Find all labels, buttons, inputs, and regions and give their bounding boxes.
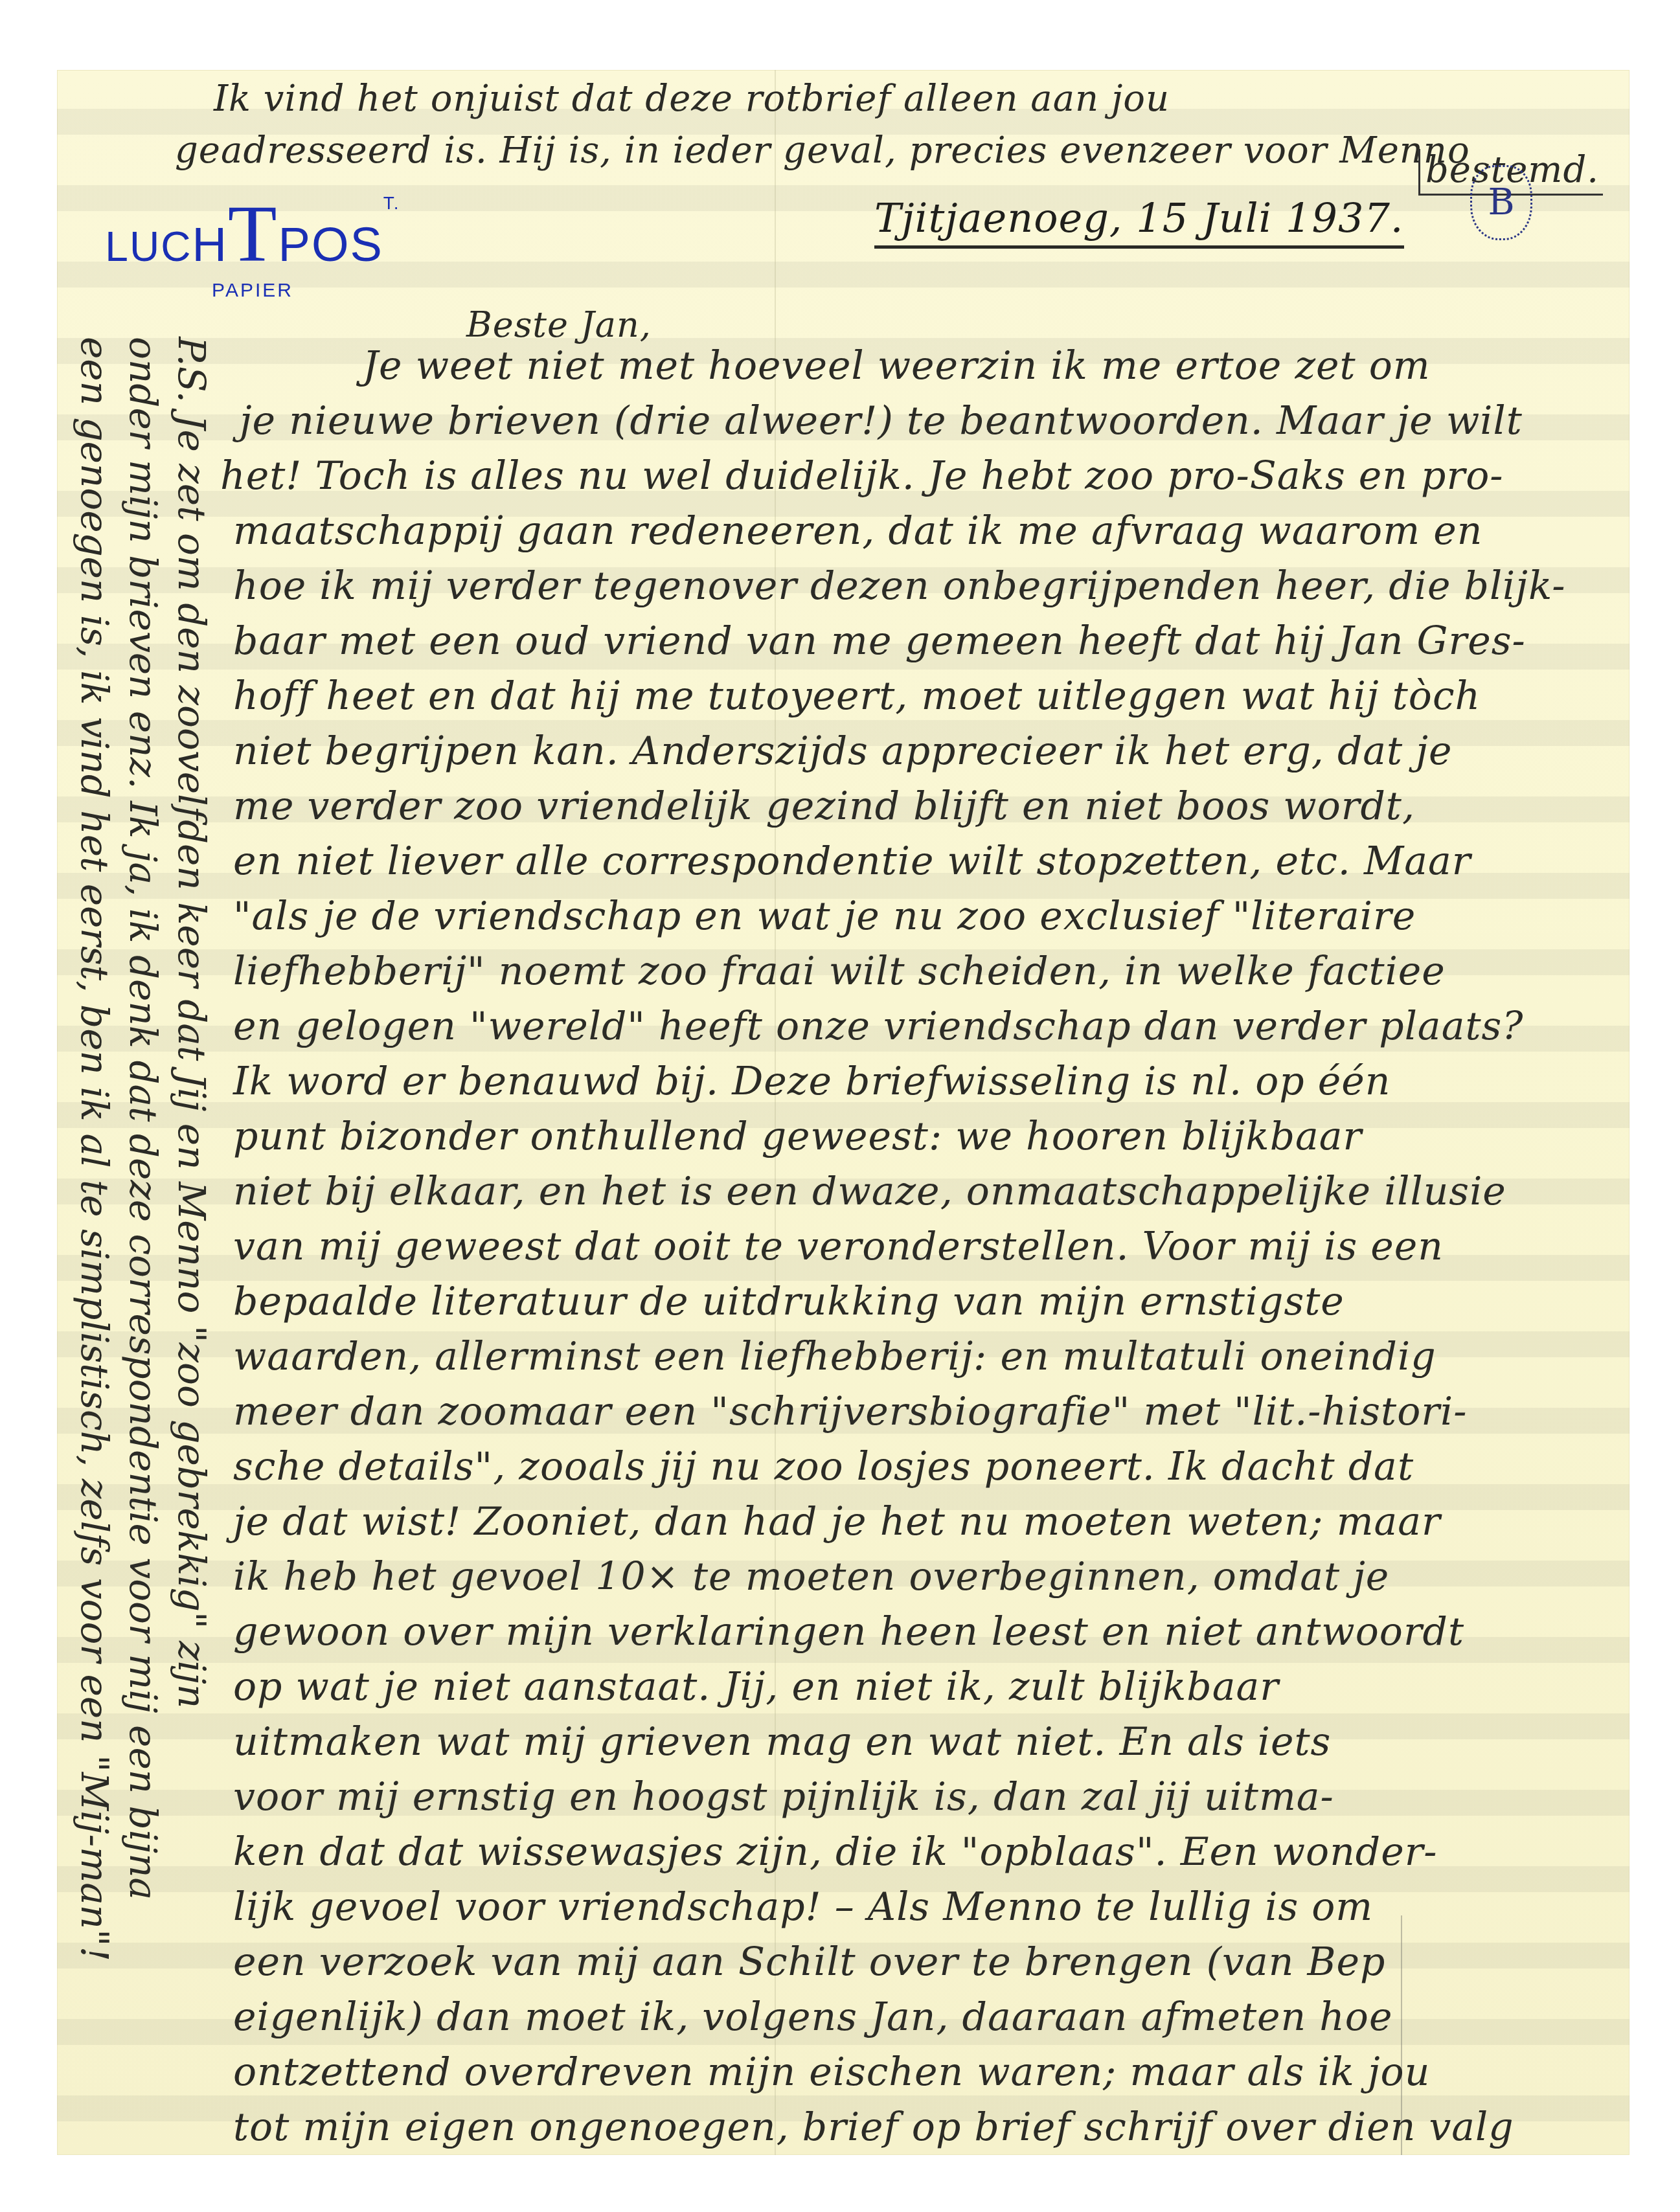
body-line: waarden, allerminst een liefhebberij: en… bbox=[233, 1334, 1436, 1379]
greeting: Beste Jan, bbox=[466, 304, 652, 345]
letterhead-luchtpost: LUCHTPOST. PAPIER bbox=[104, 194, 402, 302]
body-line: me verder zoo vriendelijk gezind blijft … bbox=[233, 784, 1415, 829]
date-month: Juli bbox=[1202, 194, 1272, 242]
body-line: en gelogen "wereld" heeft onze vriendsch… bbox=[233, 1004, 1523, 1049]
letterhead-c: C bbox=[161, 223, 192, 270]
body-line: tot mijn eigen ongenoegen, brief op brie… bbox=[233, 2105, 1514, 2150]
body-line: het! Toch is alles nu wel duidelijk. Je … bbox=[220, 453, 1504, 499]
stamp-glyph: B bbox=[1488, 181, 1514, 223]
body-line: voor mij ernstig en hoogst pijnlijk is, … bbox=[233, 1774, 1334, 1820]
body-line: maatschappij gaan redeneeren, dat ik me … bbox=[233, 508, 1482, 554]
side-note-line-3: een genoegen is, ik vind het eerst, ben … bbox=[73, 337, 117, 1961]
body-line: hoff heet en dat hij me tutoyeert, moet … bbox=[233, 673, 1481, 719]
dateline: Tjitjaenoeg, 15 Juli 1937. bbox=[874, 194, 1404, 249]
body-line: ken dat dat wissewasjes zijn, die ik "op… bbox=[233, 1829, 1438, 1875]
letterhead-subtitle: PAPIER bbox=[104, 280, 402, 302]
body-line: en niet liever alle correspondentie wilt… bbox=[233, 839, 1471, 884]
body-line: lijk gevoel voor vriendschap! – Als Menn… bbox=[233, 1884, 1373, 1930]
body-line: ontzettend overdreven mijn eischen waren… bbox=[233, 2049, 1430, 2095]
body-line: niet bij elkaar, en het is een dwaze, on… bbox=[233, 1169, 1506, 1214]
body-line: je dat wist! Zooniet, dan had je het nu … bbox=[233, 1499, 1441, 1544]
body-line: meer dan zoomaar een "schrijversbiografi… bbox=[233, 1389, 1468, 1434]
letterhead-pos: POS bbox=[278, 218, 383, 271]
body-line: op wat je niet aanstaat. Jij, en niet ik… bbox=[233, 1664, 1279, 1710]
date-year: 1937. bbox=[1286, 194, 1404, 242]
body-line: niet begrijpen kan. Anderszijds apprecie… bbox=[233, 728, 1452, 774]
body-line: hoe ik mij verder tegenover dezen onbegr… bbox=[233, 563, 1565, 609]
body-line: "als je de vriendschap en wat je nu zoo … bbox=[233, 894, 1416, 939]
letterhead-lu: LU bbox=[105, 223, 161, 270]
body-line: uitmaken wat mij grieven mag en wat niet… bbox=[233, 1719, 1331, 1765]
body-line: baar met een oud vriend van me gemeen he… bbox=[233, 618, 1526, 664]
date-place: Tjitjaenoeg, bbox=[874, 194, 1123, 242]
body-line: liefhebberij" noemt zoo fraai wilt schei… bbox=[233, 949, 1446, 994]
side-note-line-2: onder mijn brieven enz. Ik ja, ik denk d… bbox=[121, 337, 165, 1900]
body-line: ik heb het gevoel 10× te moeten overbegi… bbox=[233, 1554, 1389, 1599]
body-line: Je weet niet met hoeveel weerzin ik me e… bbox=[363, 343, 1431, 389]
body-line: sche details", zooals jij nu zoo losjes … bbox=[233, 1444, 1414, 1489]
side-note-line-1: P.S. Je zet om den zoovelfden keer dat J… bbox=[170, 337, 214, 1708]
body-line: gewoon over mijn verklaringen heen leest… bbox=[233, 1609, 1464, 1654]
body-line: punt bizonder onthullend geweest: we hoo… bbox=[233, 1114, 1362, 1159]
letterhead-t-sup: T. bbox=[383, 193, 400, 213]
date-day: 15 bbox=[1136, 194, 1188, 242]
top-note-line-2: geadresseerd is. Hij is, in ieder geval,… bbox=[175, 130, 1470, 172]
letterhead-title: LUCHTPOST. bbox=[104, 194, 402, 275]
letterhead-t: T bbox=[228, 190, 278, 278]
body-line: een verzoek van mij aan Schilt over te b… bbox=[233, 1939, 1385, 1985]
body-line: je nieuwe brieven (drie alweer!) te bean… bbox=[240, 398, 1523, 444]
body-line: eigenlijk) dan moet ik, volgens Jan, daa… bbox=[233, 1994, 1393, 2040]
top-note-line-1: Ik vind het onjuist dat deze rotbrief al… bbox=[214, 78, 1170, 120]
body-line: van mij geweest dat ooit te veronderstel… bbox=[233, 1224, 1444, 1269]
letterhead-h: H bbox=[192, 218, 227, 271]
body-line: bepaalde literatuur de uitdrukking van m… bbox=[233, 1279, 1345, 1324]
monogram-stamp: B bbox=[1470, 165, 1532, 240]
body-line: Ik word er benauwd bij. Deze briefwissel… bbox=[233, 1059, 1391, 1104]
